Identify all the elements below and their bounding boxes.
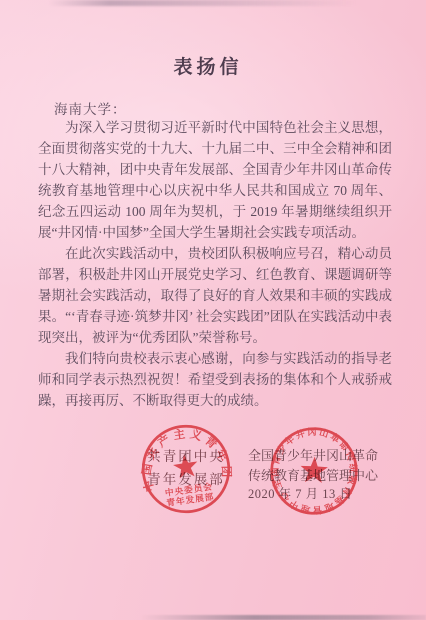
official-seal-right-icon: 全国青少年井冈山革命传统教育基地管理中心 [267, 424, 362, 519]
paragraph-2: 在此次实践活动中，贵校团队积极响应号召，精心动员部署，积极赴井冈山开展党史学习、… [38, 243, 392, 348]
letter-title: 表扬信 [0, 52, 416, 79]
letter-paper: 表扬信 海南大学： 为深入学习贯彻习近平新时代中国特色社会主义思想，全面贯彻落实… [0, 0, 426, 620]
salutation: 海南大学： [54, 98, 127, 118]
star-icon [300, 456, 329, 483]
official-seal-left-icon: 中国共产主义青年团 中央委员会 青年发展部 [134, 417, 238, 521]
scan-edge-top [48, 0, 358, 6]
scan-edge-bottom [140, 615, 426, 620]
letter-body: 为深入学习贯彻习近平新时代中国特色社会主义思想，全面贯彻落实党的十九大、十九届二… [38, 117, 392, 411]
star-icon [172, 453, 199, 479]
paragraph-1: 为深入学习贯彻习近平新时代中国特色社会主义思想，全面贯彻落实党的十九大、十九届二… [38, 117, 392, 243]
paragraph-3: 我们特向贵校表示衷心感谢，向参与实践活动的指导老师和同学表示热烈祝贺！希望受到表… [38, 348, 392, 411]
